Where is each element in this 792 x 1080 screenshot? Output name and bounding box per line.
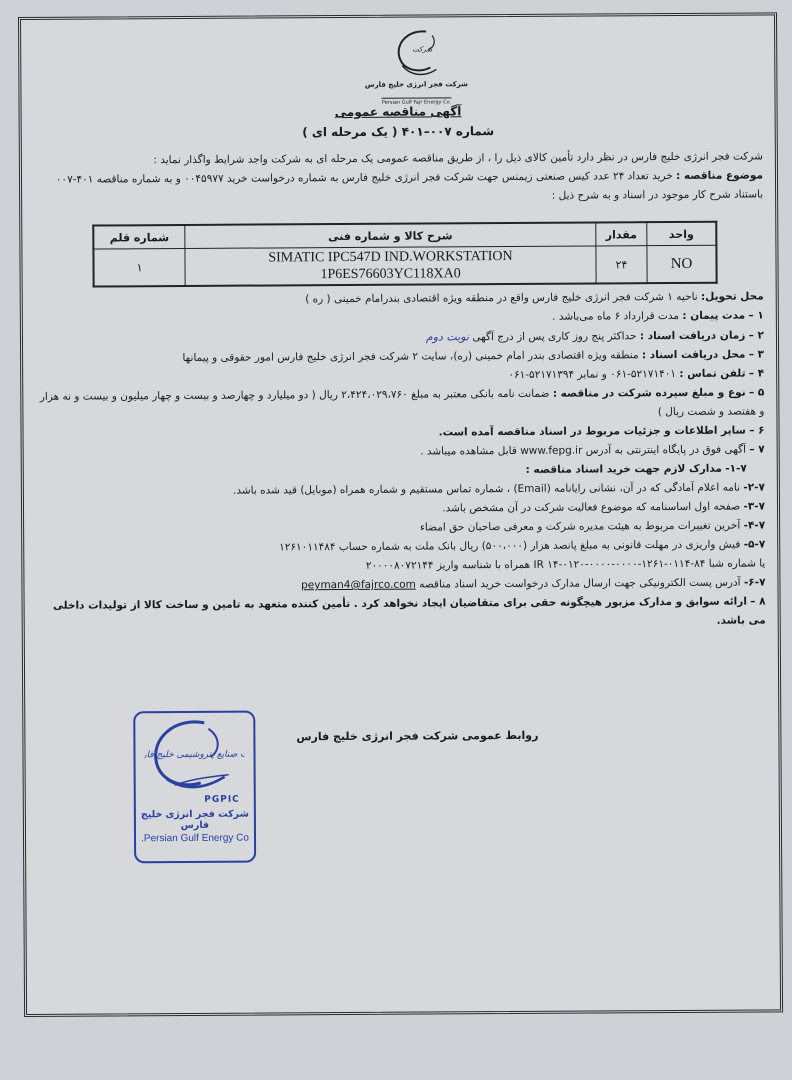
clause-label: تلفن تماس :	[679, 368, 745, 380]
tender-subject-text: خرید تعداد ۲۴ عدد کیس صنعتی زیمنس جهت شر…	[56, 170, 763, 202]
clause-number: ۵ –	[749, 386, 764, 398]
clause-text: حداکثر پنج روز کاری پس از درج آگهی	[472, 330, 636, 343]
notice-title: آگهی مناقصه عمومی	[22, 102, 775, 121]
stamp-company-en: Persian Gulf Energy Co.	[136, 833, 254, 845]
header-item-no: شماره قلم	[93, 225, 185, 249]
logo-text-fa: شرکت فجر انرژی خلیج فارس	[361, 80, 471, 89]
cell-description: SIMATIC IPC547D IND.WORKSTATION 1P6ES766…	[185, 246, 596, 286]
sub-clause-text: نامه اعلام آمادگی که در آن، نشانی رایانا…	[233, 482, 740, 497]
handwritten-note: نوبت دوم	[426, 330, 469, 343]
sub-clause-number: ۵-۷-	[744, 538, 766, 550]
sub-clause-text: فیش واریزی در مهلت قانونی به مبلغ پانصد …	[279, 539, 740, 554]
cell-quantity: ۲۴	[596, 246, 647, 284]
email-link[interactable]: peyman4@fajrco.com	[301, 579, 416, 592]
logo-swirl-icon: ﺷﺮﮐﺖ	[386, 27, 446, 79]
clause-text-after: قابل مشاهده میباشد .	[420, 445, 517, 458]
stamp-company-fa: شرکت فجر انرژی خلیج فارس	[136, 809, 254, 832]
website-link[interactable]: www.fepg.ir	[520, 445, 582, 457]
stamp-swirl-icon: شرکت صنایع پتروشیمی خلیج فارس	[144, 719, 244, 800]
header-unit: واحد	[647, 222, 717, 246]
sub-clause-text: مدارک لازم جهت خرید اسناد مناقصه :	[526, 463, 722, 476]
sub-clause-number: ۴-۷-	[744, 519, 766, 531]
clause-number: ۷ –	[749, 443, 764, 455]
tender-subject-label: موضوع مناقصه :	[676, 169, 763, 182]
cell-item-no: ۱	[93, 248, 185, 286]
description-line-2: 1P6ES76603YC118XA0	[190, 265, 592, 284]
clause-number: ۶ –	[749, 424, 764, 436]
svg-text:ﺷﺮﮐﺖ: ﺷﺮﮐﺖ	[412, 45, 432, 53]
table-row: NO ۲۴ SIMATIC IPC547D IND.WORKSTATION 1P…	[93, 245, 716, 286]
clause-label: محل دریافت اسناد :	[642, 349, 746, 362]
stamp-abbr: PGPIC	[136, 795, 254, 806]
delivery-label: محل تحویل:	[701, 290, 764, 302]
signer: روابط عمومی شرکت فجر انرژی خلیج فارس	[296, 729, 538, 743]
delivery-text: ناحیه ۱ شرکت فجر انرژی خلیج فارس واقع در…	[305, 291, 698, 305]
sub-clause-text: آخرین تغییرات مربوط به هیئت مدیره شرکت و…	[420, 520, 740, 534]
header-quantity: مقدار	[596, 222, 647, 246]
intro-paragraph: شرکت فجر انرژی خلیج فارس در نظر دارد تأم…	[36, 147, 763, 208]
clause-label: نوع و مبلغ سپرده شرکت در مناقصه :	[553, 387, 746, 400]
clause-8: ۸ – ارائه سوابق و مدارک مزبور هیچگونه حق…	[39, 592, 766, 634]
notice-title-block: آگهی مناقصه عمومی شماره ۰۰۷–۴۰۱ ( یک مرح…	[22, 102, 775, 141]
clause-label: مدت پیمان :	[682, 310, 745, 322]
clause-number: ۸ –	[750, 595, 765, 607]
notice-number: شماره ۰۰۷–۴۰۱ ( یک مرحله ای )	[22, 122, 775, 141]
sub-clause-7-5: ۵-۷- فیش واریزی در مهلت قانونی به مبلغ پ…	[38, 535, 765, 577]
sub-clause-number: ۳-۷-	[743, 500, 765, 512]
clause-text: مدت قرارداد ۶ ماه می‌باشد .	[552, 310, 679, 323]
sub-clause-number: ۶-۷-	[744, 576, 766, 588]
company-logo: ﺷﺮﮐﺖ شرکت فجر انرژی خلیج فارس Persian Gu…	[361, 27, 471, 108]
cell-unit: NO	[647, 245, 717, 283]
tender-subject: موضوع مناقصه : خرید تعداد ۲۴ عدد کیس صنع…	[36, 166, 763, 208]
company-stamp: شرکت صنایع پتروشیمی خلیج فارس PGPIC شرکت…	[133, 711, 256, 864]
clause-number: ۱ –	[748, 309, 763, 321]
sub-clause-text: صفحه اول اساسنامه که موضوع فعالیت شرکت د…	[442, 501, 740, 515]
clause-number: ۲ –	[749, 329, 764, 341]
sub-clause-number: ۱-۷-	[725, 463, 747, 475]
clause-number: ۳ –	[749, 348, 764, 360]
clause-text: سایر اطلاعات و جزئیات مربوط در اسناد منا…	[439, 425, 746, 439]
clause-text: ۵۲۱۷۱۴۰۱-۰۶۱ و نمابر ۵۲۱۷۱۳۹۴-۰۶۱	[508, 368, 676, 381]
items-table: واحد مقدار شرح کالا و شماره فنی شماره قل…	[92, 221, 717, 288]
sub-clause-text: آدرس پست الکترونیکی جهت ارسال مدارک درخو…	[419, 577, 740, 591]
header-description: شرح کالا و شماره فنی	[185, 222, 596, 248]
clause-label: زمان دریافت اسناد :	[640, 330, 746, 343]
clauses-block: محل تحویل: ناحیه ۱ شرکت فجر انرژی خلیج ف…	[37, 287, 766, 634]
clause-number: ۴ –	[749, 367, 764, 379]
clause-5: ۵ – نوع و مبلغ سپرده شرکت در مناقصه : ضم…	[37, 383, 764, 425]
clause-text: ارائه سوابق و مدارک مزبور هیچگونه حقی بر…	[53, 596, 766, 627]
clause-text: منطقه ویژه اقتصادی بندر امام خمینی (ره)،…	[182, 349, 638, 364]
stamp-script-text: شرکت صنایع پتروشیمی خلیج فارس	[144, 749, 244, 760]
sub-clause-number: ۲-۷-	[743, 481, 765, 493]
document-page: ﺷﺮﮐﺖ شرکت فجر انرژی خلیج فارس Persian Gu…	[18, 12, 783, 1017]
clause-text: آگهی فوق در پایگاه اینترنتی به آدرس	[586, 444, 746, 457]
